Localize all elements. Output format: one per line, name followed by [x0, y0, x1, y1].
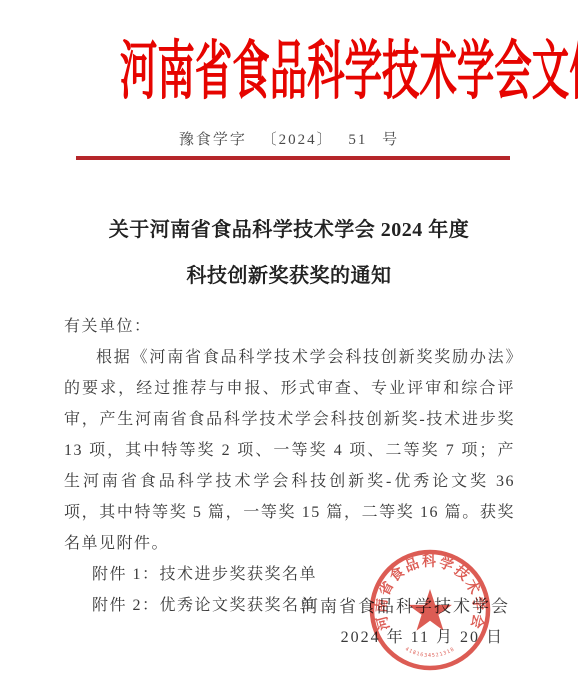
body-paragraph: 根据《河南省食品科学技术学会科技创新奖奖励办法》的要求，经过推荐与申报、形式审查… — [64, 342, 515, 559]
document-number: 豫食学字 〔2024〕 51 号 — [0, 128, 578, 149]
signature-date: 2024 年 11 月 20 日 — [341, 624, 504, 647]
document-page: 河南省食品科学技术学会文件 豫食学字 〔2024〕 51 号 关于河南省食品科学… — [0, 0, 578, 700]
notice-title-line1: 关于河南省食品科学技术学会 2024 年度 — [0, 213, 578, 242]
attachment-line-1: 附件 1：技术进步奖获奖名单 — [64, 559, 515, 590]
seal-code-label: 4181634521318 — [404, 646, 456, 659]
red-divider-rule — [76, 156, 510, 160]
masthead-title: 河南省食品科学技术学会文件 — [120, 38, 458, 106]
document-body: 有关单位： 根据《河南省食品科学技术学会科技创新奖奖励办法》的要求，经过推荐与申… — [64, 311, 515, 621]
salutation: 有关单位： — [64, 311, 515, 342]
notice-title-line2: 科技创新奖获奖的通知 — [0, 259, 578, 288]
signature-organization: 河南省食品科学技术学会 — [301, 592, 510, 617]
